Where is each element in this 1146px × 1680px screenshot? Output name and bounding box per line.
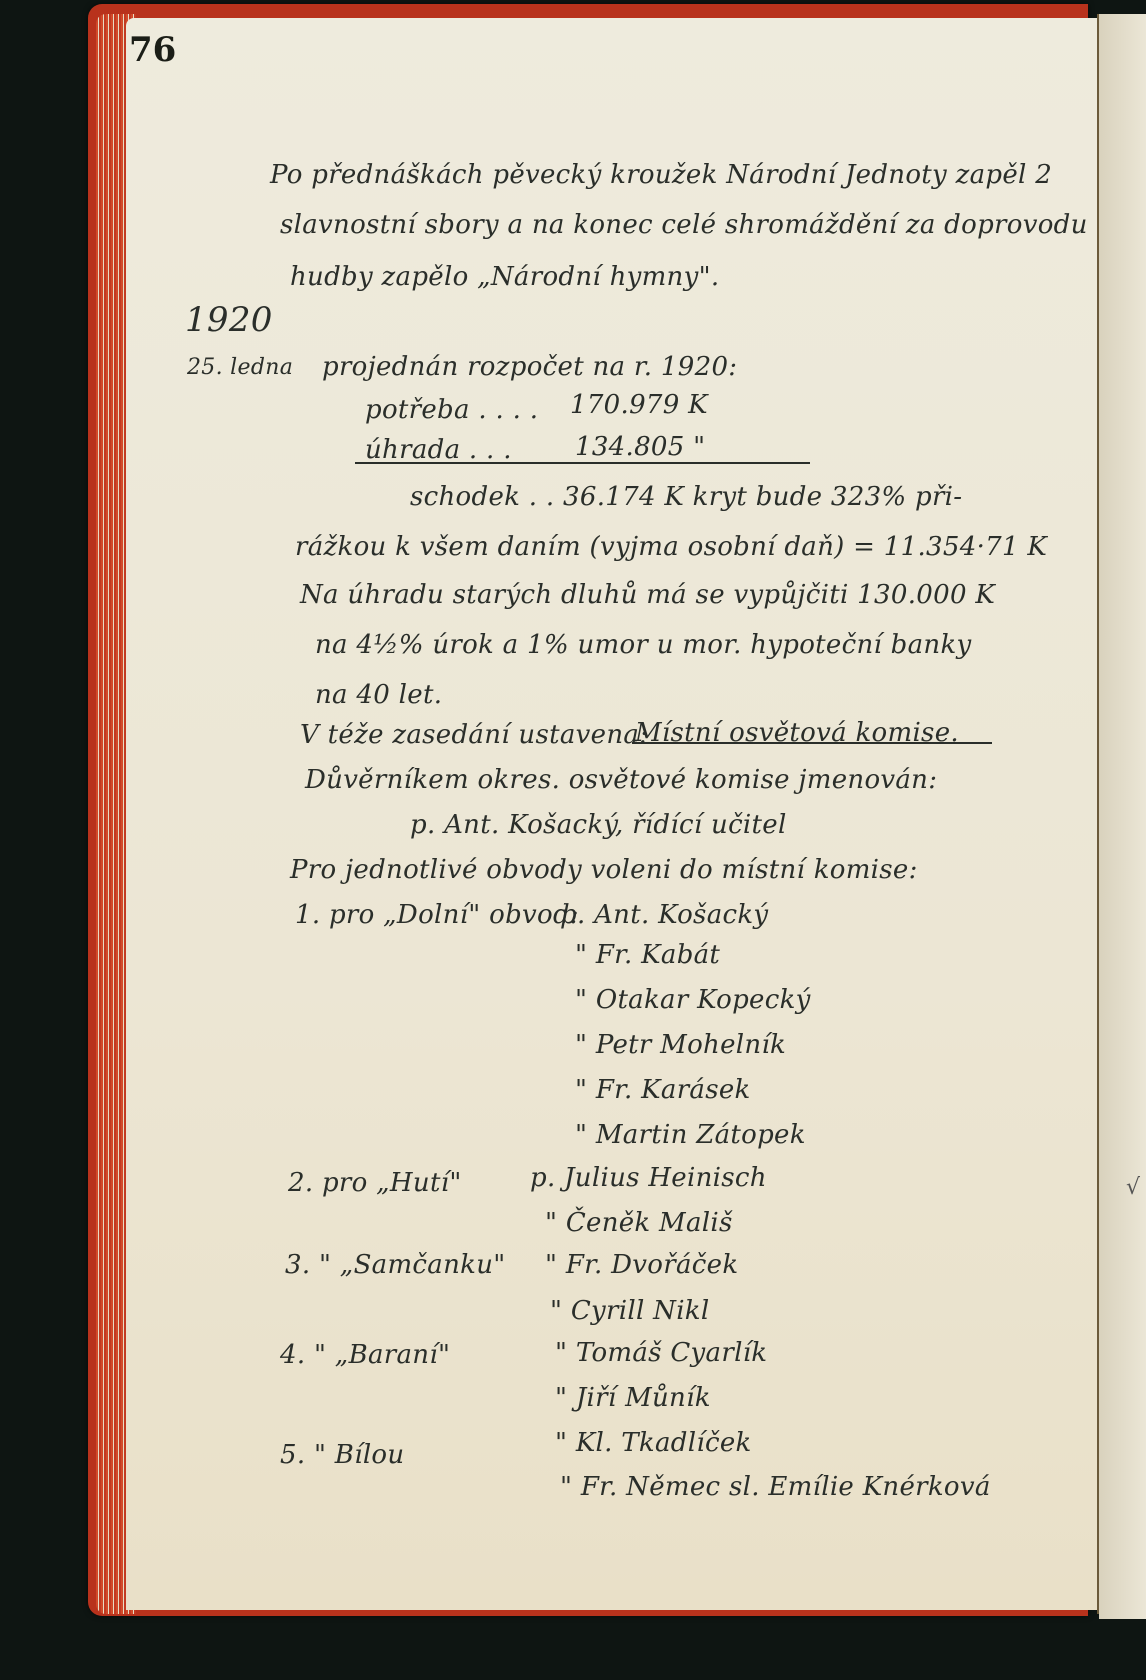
budget-deficit-line: schodek . . 36.174 K kryt bude 323% při- (410, 482, 962, 512)
budget-title: projednán rozpočet na r. 1920: (322, 352, 737, 382)
district-member: " Petr Mohelník (575, 1030, 786, 1060)
district-member: " Tomáš Cyarlík (555, 1338, 767, 1368)
district-member: p. Julius Heinisch (530, 1163, 767, 1193)
commission-established-prefix: V téže zasedání ustavena: (300, 720, 648, 750)
facing-page (1099, 14, 1146, 1619)
budget-sum-rule (355, 462, 810, 464)
budget-cover-label: úhrada . . . (365, 435, 512, 465)
district-member: " Otakar Kopecký (575, 985, 811, 1015)
intro-line-1: Po přednáškách pěvecký kroužek Národní J… (270, 160, 1052, 190)
district-member: " Fr. Kabát (575, 940, 720, 970)
commission-name-underline (632, 742, 992, 744)
district-member: " Fr. Dvořáček (545, 1250, 738, 1280)
district-member: p. Ant. Košacký (560, 900, 768, 930)
budget-need-label: potřeba . . . . (365, 395, 538, 425)
district-member: " Fr. Němec sl. Emílie Knérková (560, 1472, 991, 1502)
district-member: " Čeněk Mališ (545, 1208, 733, 1238)
page-gutter (1097, 14, 1099, 1614)
trustee-name: p. Ant. Košacký, řídící učitel (410, 810, 787, 840)
loan-line-3: na 40 let. (315, 680, 442, 710)
district-member: " Fr. Karásek (575, 1075, 751, 1105)
district-member: " Kl. Tkadlíček (555, 1428, 752, 1458)
budget-date: 25. ledna (187, 355, 293, 380)
district-label: 5. " Bílou (280, 1440, 404, 1470)
district-label: 2. pro „Hutí" (288, 1168, 462, 1198)
year-heading: 1920 (185, 300, 273, 340)
district-member: " Martin Zátopek (575, 1120, 806, 1150)
district-member: " Cyrill Nikl (550, 1296, 709, 1326)
budget-cover-value: 134.805 " (575, 432, 705, 462)
trustee-line: Důvěrníkem okres. osvětové komise jmenov… (305, 765, 937, 795)
page-number: 76 (129, 30, 176, 70)
intro-line-2: slavnostní sbory a na konec celé shromáž… (280, 210, 1088, 240)
district-label: 1. pro „Dolní" obvod: (295, 900, 579, 930)
district-label: 3. " „Samčanku" (285, 1250, 506, 1280)
district-label: 4. " „Baraní" (280, 1340, 450, 1370)
loan-line-1: Na úhradu starých dluhů má se vypůjčiti … (300, 580, 995, 610)
district-member: " Jiří Můník (555, 1383, 711, 1413)
loan-line-2: na 4½% úrok a 1% umor u mor. hypoteční b… (315, 630, 972, 660)
intro-line-3: hudby zapělo „Národní hymny". (290, 262, 719, 292)
budget-need-value: 170.979 K (570, 390, 708, 420)
districts-intro: Pro jednotlivé obvody voleni do místní k… (290, 855, 918, 885)
budget-deficit-line-2: rážkou k všem daním (vyjma osobní daň) =… (295, 532, 1047, 562)
margin-check-mark: √ (1126, 1175, 1140, 1200)
